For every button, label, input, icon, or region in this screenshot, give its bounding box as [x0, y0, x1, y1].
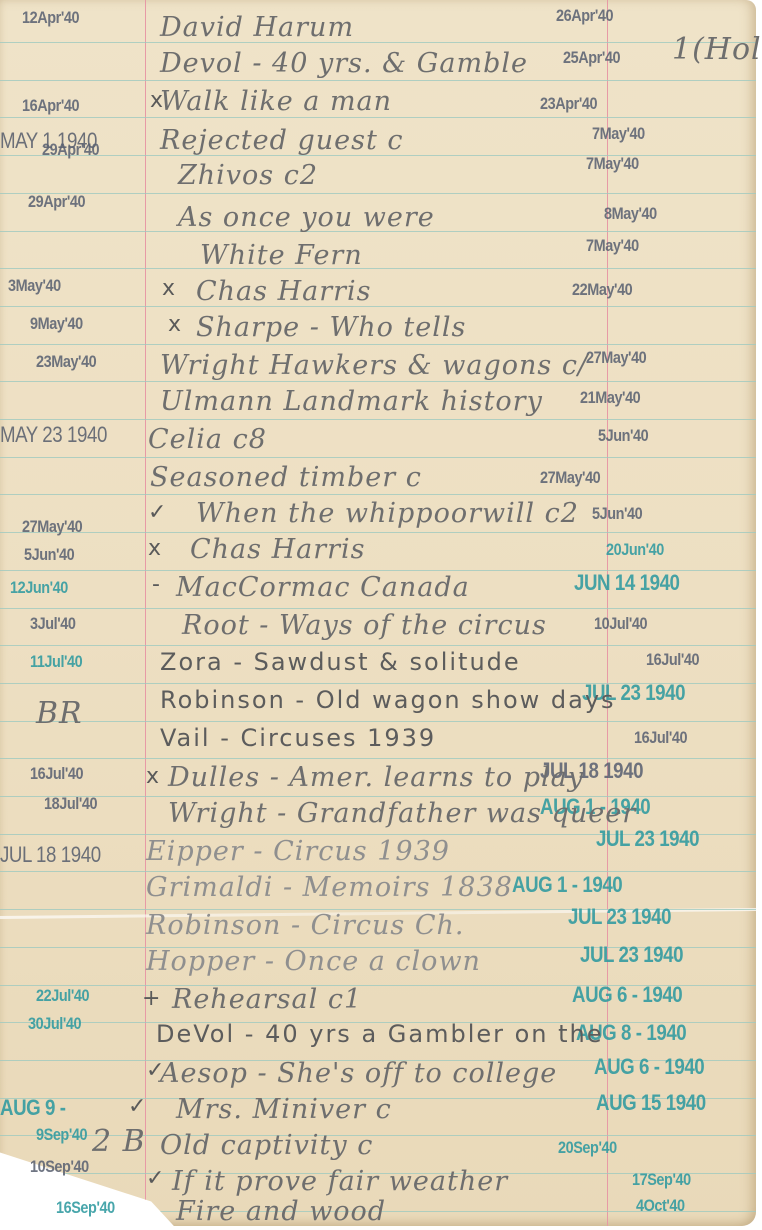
check-mark: x: [168, 312, 181, 337]
date-due-stamp: 17Sep'40: [632, 1170, 691, 1190]
left-margin-line: [145, 0, 146, 1230]
date-due-stamp: 12Jun'40: [10, 578, 68, 598]
date-due-stamp: 26Apr'40: [556, 6, 613, 26]
date-due-stamp: JUN 14 1940: [574, 570, 680, 596]
handwritten-title-entry: Devol - 40 yrs. & Gamble: [160, 48, 528, 79]
date-due-stamp: AUG 1 - 1940: [512, 872, 622, 898]
handwritten-title-entry: Rehearsal c1: [172, 984, 362, 1015]
check-mark: +: [142, 986, 160, 1011]
date-due-stamp: 10Jul'40: [594, 614, 647, 634]
date-due-stamp: JUL 23 1940: [568, 904, 671, 930]
handwritten-title-entry: Robinson - Circus Ch.: [146, 910, 464, 941]
date-due-stamp: 27May'40: [22, 517, 82, 537]
ruled-line: [0, 80, 756, 81]
date-due-stamp: 7May'40: [586, 154, 639, 174]
check-mark: x: [146, 764, 159, 789]
date-due-stamp: 9Sep'40: [36, 1125, 87, 1145]
date-due-stamp: 4Oct'40: [636, 1196, 685, 1216]
handwritten-title-entry: Eipper - Circus 1939: [146, 836, 450, 867]
ruled-line: [0, 193, 756, 194]
handwritten-title-entry: Grimaldi - Memoirs 1838: [146, 872, 513, 903]
ruled-line: [0, 532, 756, 533]
date-due-stamp: AUG 6 - 1940: [572, 982, 682, 1008]
date-due-stamp: 27May'40: [586, 348, 646, 368]
margin-annotation: 2 B: [92, 1124, 146, 1159]
check-mark: -: [152, 572, 160, 597]
ruled-line: [0, 117, 756, 118]
handwritten-title-entry: Fire and wood: [176, 1196, 386, 1227]
date-due-stamp: 29Apr'40: [42, 140, 99, 160]
handwritten-title-entry: Zhivos c2: [178, 160, 318, 191]
handwritten-title-entry: Wright - Grandfather was queer: [168, 798, 636, 829]
date-due-stamp: AUG 9 -: [0, 1095, 66, 1121]
date-due-stamp: 18Jul'40: [44, 794, 97, 814]
ruled-line: [0, 344, 756, 345]
date-due-stamp: 8May'40: [604, 204, 657, 224]
date-due-stamp: JUL 23 1940: [580, 942, 683, 968]
handwritten-title-entry: Walk like a man: [160, 86, 392, 117]
date-due-stamp: 5Jun'40: [598, 426, 648, 446]
handwritten-title-entry: Aesop - She's off to college: [160, 1058, 557, 1089]
date-due-stamp: 22Jul'40: [36, 986, 89, 1006]
ruled-line: [0, 721, 756, 722]
check-mark: ✓: [146, 1058, 164, 1083]
date-due-stamp: AUG 15 1940: [596, 1090, 706, 1116]
date-due-stamp: 5Jun'40: [592, 504, 642, 524]
handwritten-title-entry: Hopper - Once a clown: [146, 946, 481, 977]
date-due-stamp: 16Jul'40: [634, 728, 687, 748]
date-due-stamp: 16Sep'40: [56, 1198, 115, 1218]
handwritten-title-entry: DeVol - 40 yrs a Gambler on the: [156, 1020, 604, 1048]
handwritten-title-entry: Old captivity c: [160, 1130, 373, 1161]
handwritten-title-entry: White Fern: [200, 240, 363, 271]
ruled-line: [0, 381, 756, 382]
handwritten-title-entry: Seasoned timber c: [150, 462, 422, 493]
margin-annotation: BR: [36, 696, 83, 731]
date-due-stamp: 16Apr'40: [22, 96, 79, 116]
check-mark: x: [162, 276, 175, 301]
date-due-stamp: AUG 6 - 1940: [594, 1054, 704, 1080]
handwritten-title-entry: Root - Ways of the circus: [182, 610, 547, 641]
date-due-stamp: 20Sep'40: [558, 1138, 617, 1158]
date-due-stamp: 21May'40: [580, 388, 640, 408]
margin-annotation: 1(Holt): [672, 32, 762, 67]
handwritten-title-entry: Dulles - Amer. learns to play: [168, 762, 584, 793]
date-due-stamp: 27May'40: [540, 468, 600, 488]
handwritten-title-entry: When the whippoorwill c2: [196, 498, 579, 529]
ruled-line: [0, 645, 756, 646]
check-mark: x: [150, 88, 163, 113]
date-due-stamp: 11Jul'40: [30, 652, 82, 672]
handwritten-title-entry: Vail - Circuses 1939: [160, 724, 436, 752]
ruled-line: [0, 268, 756, 269]
handwritten-title-entry: Robinson - Old wagon show days: [160, 686, 616, 714]
date-due-stamp: 9May'40: [30, 314, 83, 334]
handwritten-title-entry: Celia c8: [148, 424, 267, 455]
handwritten-title-entry: Wright Hawkers & wagons c/: [160, 350, 588, 381]
date-due-stamp: 3May'40: [8, 276, 61, 296]
date-due-stamp: 30Jul'40: [28, 1014, 81, 1034]
handwritten-title-entry: If it prove fair weather: [172, 1166, 508, 1197]
check-mark: ✓: [128, 1094, 146, 1119]
ruled-line: [0, 608, 756, 609]
date-due-stamp: 23Apr'40: [540, 94, 597, 114]
check-mark: x: [148, 536, 161, 561]
ruled-line: [0, 457, 756, 458]
handwritten-title-entry: Chas Harris: [196, 276, 372, 307]
handwritten-title-entry: Mrs. Miniver c: [176, 1094, 392, 1125]
date-due-stamp: JUL 23 1940: [596, 826, 699, 852]
date-due-stamp: JUL 18 1940: [0, 842, 101, 868]
ruled-line: [0, 306, 756, 307]
handwritten-title-entry: Zora - Sawdust & solitude: [160, 648, 521, 676]
date-due-stamp: 12Apr'40: [22, 8, 79, 28]
date-due-stamp: 23May'40: [36, 352, 96, 372]
handwritten-title-entry: Chas Harris: [190, 534, 366, 565]
date-due-stamp: 25Apr'40: [563, 48, 620, 68]
handwritten-title-entry: Ulmann Landmark history: [160, 386, 543, 417]
date-due-stamp: 29Apr'40: [28, 192, 85, 212]
ruled-line: [0, 42, 756, 43]
check-mark: ✓: [148, 500, 166, 525]
date-due-stamp: 5Jun'40: [24, 545, 74, 565]
date-due-stamp: 16Jul'40: [30, 764, 83, 784]
date-due-stamp: 22May'40: [572, 280, 632, 300]
handwritten-title-entry: David Harum: [160, 12, 354, 43]
handwritten-title-entry: Sharpe - Who tells: [196, 312, 466, 343]
date-due-stamp: MAY 23 1940: [0, 422, 107, 448]
handwritten-title-entry: Rejected guest c: [160, 125, 404, 156]
check-mark: ✓: [146, 1166, 164, 1191]
date-due-stamp: 3Jul'40: [30, 614, 75, 634]
handwritten-title-entry: As once you were: [178, 202, 435, 233]
date-due-stamp: 7May'40: [586, 236, 639, 256]
date-due-stamp: 16Jul'40: [646, 650, 699, 670]
ruled-line: [0, 494, 756, 495]
date-due-stamp: 7May'40: [592, 124, 645, 144]
ruled-line: [0, 419, 756, 420]
date-due-stamp: 20Jun'40: [606, 540, 664, 560]
handwritten-title-entry: MacCormac Canada: [176, 572, 470, 603]
date-due-stamp: 10Sep'40: [30, 1157, 89, 1177]
